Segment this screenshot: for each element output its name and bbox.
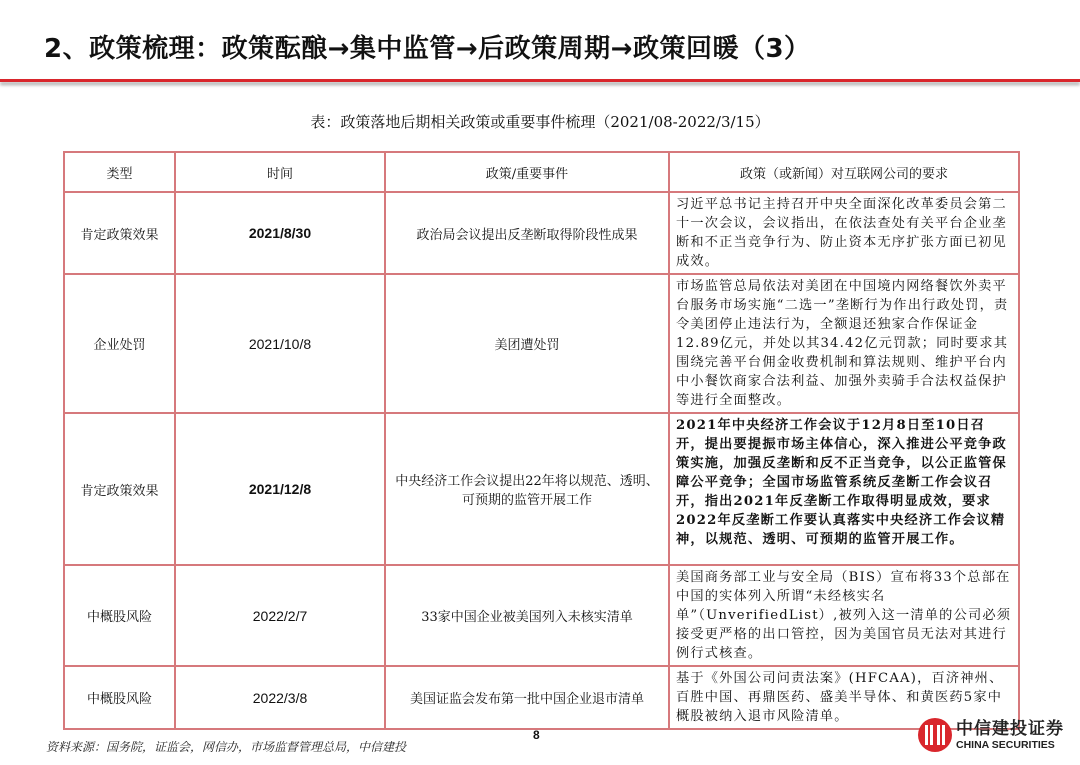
page-number: 8: [533, 728, 540, 742]
cell-date: 2021/10/8: [175, 274, 385, 413]
cell-type: 中概股风险: [64, 565, 175, 666]
source-note: 资料来源：国务院，证监会，网信办，市场监督管理总局，中信建投: [46, 738, 406, 755]
table-caption: 表：政策落地后期相关政策或重要事件梳理（2021/08-2022/3/15）: [0, 111, 1080, 132]
cell-requirement: 2021年中央经济工作会议于12月8日至10日召开，提出要提振市场主体信心，深入…: [669, 413, 1019, 565]
table-row: 中概股风险 2022/3/8 美国证监会发布第一批中国企业退市清单 基于《外国公…: [64, 666, 1019, 729]
table-row: 企业处罚 2021/10/8 美团遭处罚 市场监管总局依法对美团在中国境内网络餐…: [64, 274, 1019, 413]
column-header-requirement: 政策（或新闻）对互联网公司的要求: [669, 152, 1019, 192]
cell-event: 33家中国企业被美国列入未核实清单: [385, 565, 669, 666]
cell-date: 2022/2/7: [175, 565, 385, 666]
table-row: 肯定政策效果 2021/12/8 中央经济工作会议提出22年将以规范、透明、可预…: [64, 413, 1019, 565]
column-header-event: 政策/重要事件: [385, 152, 669, 192]
cell-date: 2021/8/30: [175, 192, 385, 274]
table-row: 肯定政策效果 2021/8/30 政治局会议提出反垄断取得阶段性成果 习近平总书…: [64, 192, 1019, 274]
cell-event: 美团遭处罚: [385, 274, 669, 413]
cell-event: 中央经济工作会议提出22年将以规范、透明、可预期的监管开展工作: [385, 413, 669, 565]
cell-requirement: 习近平总书记主持召开中央全面深化改革委员会第二十一次会议，会议指出，在依法查处有…: [669, 192, 1019, 274]
cell-type: 肯定政策效果: [64, 413, 175, 565]
cell-type: 企业处罚: [64, 274, 175, 413]
title-divider: [0, 79, 1080, 82]
policy-events-table: 类型 时间 政策/重要事件 政策（或新闻）对互联网公司的要求 肯定政策效果 20…: [63, 151, 1020, 730]
table-row: 中概股风险 2022/2/7 33家中国企业被美国列入未核实清单 美国商务部工业…: [64, 565, 1019, 666]
column-header-date: 时间: [175, 152, 385, 192]
column-header-type: 类型: [64, 152, 175, 192]
cell-date: 2022/3/8: [175, 666, 385, 729]
logo-english-name: CHINA SECURITIES: [956, 739, 1064, 751]
cell-type: 肯定政策效果: [64, 192, 175, 274]
cell-requirement: 美国商务部工业与安全局（BIS）宣布将33个总部在中国的实体列入所谓“未经核实名…: [669, 565, 1019, 666]
cell-event: 美国证监会发布第一批中国企业退市清单: [385, 666, 669, 729]
page-title: 2、政策梳理：政策酝酿→集中监管→后政策周期→政策回暖（3）: [44, 28, 811, 65]
company-logo: 中信建投证券 CHINA SECURITIES: [918, 718, 1064, 752]
cell-requirement: 市场监管总局依法对美团在中国境内网络餐饮外卖平台服务市场实施“二选一”垄断行为作…: [669, 274, 1019, 413]
cell-event: 政治局会议提出反垄断取得阶段性成果: [385, 192, 669, 274]
logo-chinese-name: 中信建投证券: [956, 720, 1064, 739]
cell-date: 2021/12/8: [175, 413, 385, 565]
cell-type: 中概股风险: [64, 666, 175, 729]
table-header-row: 类型 时间 政策/重要事件 政策（或新闻）对互联网公司的要求: [64, 152, 1019, 192]
citic-logo-icon: [918, 718, 952, 752]
